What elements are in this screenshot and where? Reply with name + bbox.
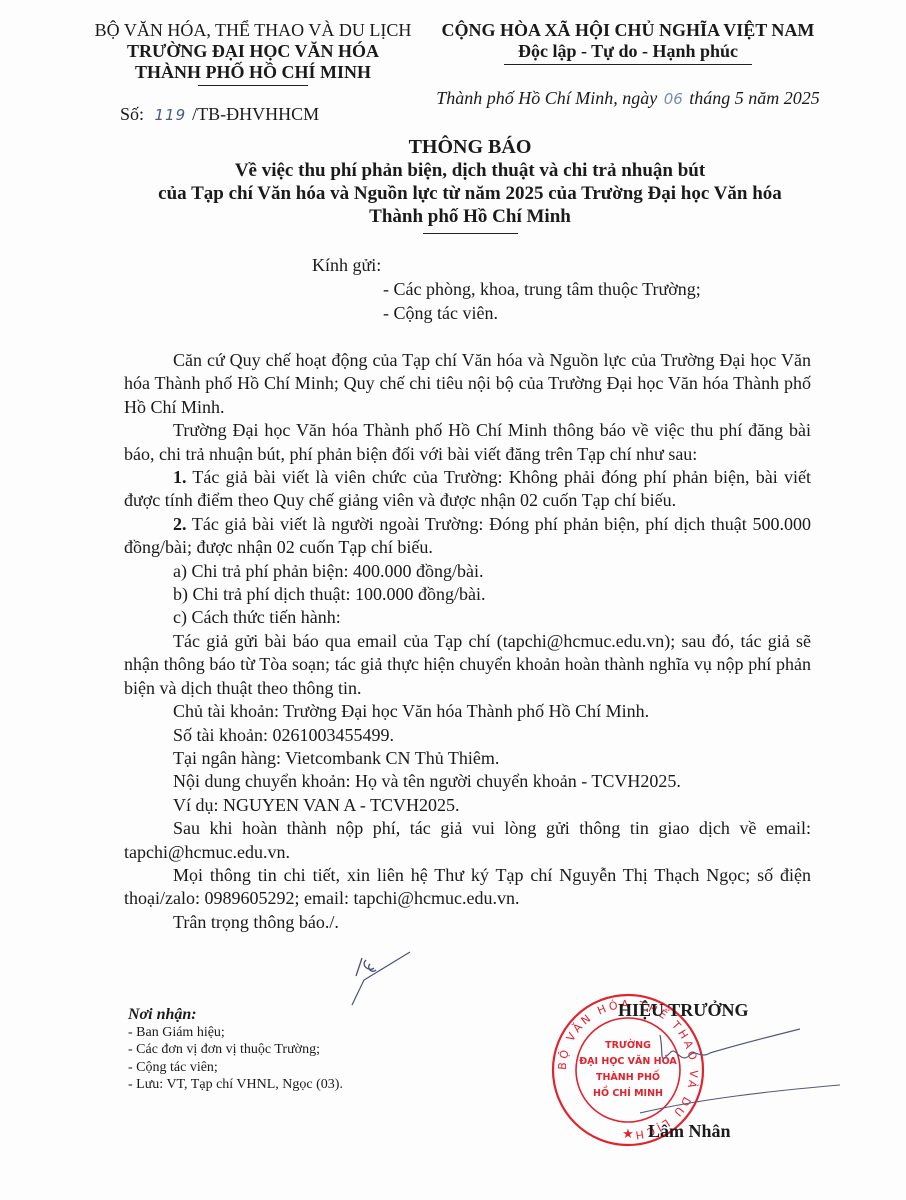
signer-name: Lâm Nhân xyxy=(648,1121,731,1142)
item-number: 1. xyxy=(173,467,187,487)
ministry-name: BỘ VĂN HÓA, THỂ THAO VÀ DU LỊCH xyxy=(78,20,428,41)
doc-no-label: Số: xyxy=(120,104,144,124)
signer-title: HIỆU TRƯỞNG xyxy=(618,1000,749,1021)
distribution-item: - Ban Giám hiệu; xyxy=(128,1024,343,1042)
initials-signature-icon xyxy=(340,950,420,1010)
motto-underline xyxy=(504,64,752,65)
nation-name: CỘNG HÒA XÃ HỘI CHỦ NGHĨA VIỆT NAM xyxy=(418,20,838,41)
body-paragraph: Nội dung chuyển khoản: Họ và tên người c… xyxy=(124,770,811,793)
distribution-label: Nơi nhận: xyxy=(128,1006,343,1024)
notice-title-block: THÔNG BÁO Về việc thu phí phản biện, dịc… xyxy=(110,135,830,234)
item-number: 2. xyxy=(173,514,187,534)
document-number: Số: 119/TB-ĐHVHHCM xyxy=(120,104,319,125)
notice-heading: THÔNG BÁO xyxy=(110,135,830,159)
body-paragraph: Tác giả gửi bài báo qua email của Tạp ch… xyxy=(124,630,811,700)
body-paragraph: Ví dụ: NGUYEN VAN A - TCVH2025. xyxy=(124,794,811,817)
notice-subtitle-line: Thành phố Hồ Chí Minh xyxy=(110,205,830,228)
national-header: CỘNG HÒA XÃ HỘI CHỦ NGHĨA VIỆT NAM Độc l… xyxy=(418,20,838,65)
body-paragraph: Sau khi hoàn thành nộp phí, tác giả vui … xyxy=(124,817,811,864)
body-paragraph: c) Cách thức tiến hành: xyxy=(124,606,811,629)
body-paragraph: Căn cứ Quy chế hoạt động của Tạp chí Văn… xyxy=(124,349,811,419)
distribution-item: - Các đơn vị đơn vị thuộc Trường; xyxy=(128,1041,343,1059)
distribution-list: Nơi nhận: - Ban Giám hiệu; - Các đơn vị … xyxy=(128,1006,343,1094)
recipient-item: - Các phòng, khoa, trung tâm thuộc Trườn… xyxy=(383,279,701,300)
date-prefix: Thành phố Hồ Chí Minh, ngày xyxy=(436,88,657,108)
body-paragraph: a) Chi trả phí phản biện: 400.000 đồng/b… xyxy=(124,560,811,583)
body-paragraph: Mọi thông tin chi tiết, xin liên hệ Thư … xyxy=(124,864,811,911)
school-name-line1: TRƯỜNG ĐẠI HỌC VĂN HÓA xyxy=(78,41,428,62)
notice-body: Căn cứ Quy chế hoạt động của Tạp chí Văn… xyxy=(124,349,811,934)
handwritten-signature-icon xyxy=(640,1025,840,1125)
body-paragraph: 1. Tác giả bài viết là viên chức của Trư… xyxy=(124,466,811,513)
issuer-underline xyxy=(198,85,308,86)
body-paragraph: Chủ tài khoản: Trường Đại học Văn hóa Th… xyxy=(124,700,811,723)
body-paragraph: Trân trọng thông báo./. xyxy=(124,911,811,934)
doc-no-suffix: /TB-ĐHVHHCM xyxy=(192,104,319,124)
doc-no-handwritten: 119 xyxy=(149,106,193,124)
school-name-line2: THÀNH PHỐ HỒ CHÍ MINH xyxy=(78,62,428,83)
title-underline xyxy=(423,233,518,234)
date-line: Thành phố Hồ Chí Minh, ngày 06 tháng 5 n… xyxy=(418,88,838,109)
body-paragraph: Trường Đại học Văn hóa Thành phố Hồ Chí … xyxy=(124,419,811,466)
recipient-item: - Cộng tác viên. xyxy=(383,303,498,324)
issuer-block: BỘ VĂN HÓA, THỂ THAO VÀ DU LỊCH TRƯỜNG Đ… xyxy=(78,20,428,86)
notice-subtitle-line: Về việc thu phí phản biện, dịch thuật và… xyxy=(110,159,830,182)
distribution-item: - Lưu: VT, Tạp chí VHNL, Ngọc (03). xyxy=(128,1076,343,1094)
date-suffix: tháng 5 năm 2025 xyxy=(689,88,820,108)
date-day-handwritten: 06 xyxy=(662,90,685,108)
national-motto: Độc lập - Tự do - Hạnh phúc xyxy=(418,41,838,62)
distribution-item: - Cộng tác viên; xyxy=(128,1059,343,1077)
notice-subtitle-line: của Tạp chí Văn hóa và Nguồn lực từ năm … xyxy=(110,182,830,205)
body-paragraph: 2. Tác giả bài viết là người ngoài Trườn… xyxy=(124,513,811,560)
body-paragraph: Tại ngân hàng: Vietcombank CN Thủ Thiêm. xyxy=(124,747,811,770)
body-paragraph: Số tài khoản: 0261003455499. xyxy=(124,724,811,747)
stamp-star-icon: ★ xyxy=(622,1126,634,1141)
body-paragraph: b) Chi trả phí dịch thuật: 100.000 đồng/… xyxy=(124,583,811,606)
salutation-label: Kính gửi: xyxy=(312,255,381,276)
